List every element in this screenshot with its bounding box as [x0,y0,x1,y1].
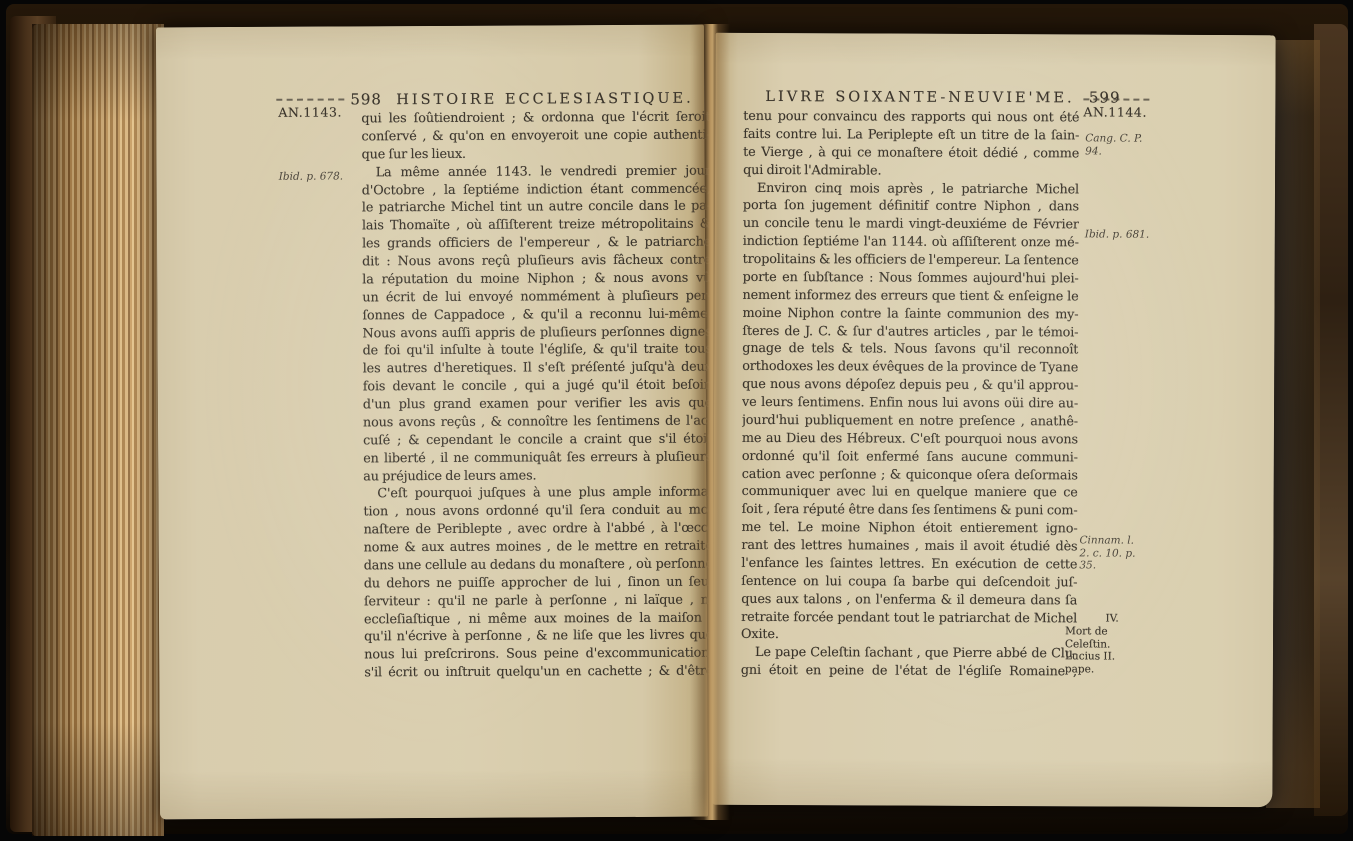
text-line: nous avons reçûs , & connoître les ſenti… [363,412,712,432]
right-body-text: tenu pour convaincu des rapports qui nou… [741,108,1079,681]
text-line: un concile tenu le mardi vingt-deuxiéme … [743,215,1079,234]
text-line: jourd'hui publiquement en notre preſence… [742,412,1078,431]
text-line: tion , nous avons ordonné qu'il ſera con… [363,502,712,522]
text-line: la réputation du moine Niphon ; & nous a… [362,269,711,289]
text-line: le patriarche Michel tint un autre conci… [362,198,711,218]
text-line: me tel. Le moine Niphon étoit entieremen… [741,519,1077,538]
text-line: en liberté , il ne communiquât ſes erreu… [363,448,712,468]
text-line: gnage de tels & tels. Nous ſavons qu'il … [742,340,1078,359]
text-line: nome & aux autres moines , de le mettre … [364,538,713,558]
text-line: eccleſiaſtique , ni même aux moines de l… [364,609,713,629]
text-line: moine Niphon contre la ſainte communion … [742,305,1078,324]
text-line: faits contre lui. La Periplepte eſt un t… [743,126,1079,145]
text-line: rant des lettres humaines , mais il avoi… [741,537,1077,556]
left-page-block-edges [32,24,164,836]
text-line: gni étoit en peine de l'état de l'égliſe… [741,662,1077,681]
text-line: au préjudice de leurs ames. [363,466,712,486]
left-page-number: 598 [350,90,382,108]
margin-year-note: AN.1144. [1083,106,1163,119]
text-line: dit : Nous avons reçû pluſieurs avis fâc… [362,252,711,272]
text-line: l'enfance les ſaintes lettres. En exécut… [741,555,1077,574]
text-line: cation avec perſonne ; & quiconque oſera… [742,465,1078,484]
text-line: ſteres de J. C. & ſur d'autres articles … [742,322,1078,341]
margin-section-number: IV. [1079,612,1145,625]
book-photograph: 598 HISTOIRE ECCLESIASTIQUE. AN.1143. Ib… [0,0,1353,841]
left-running-title: HISTOIRE ECCLESIASTIQUE. [396,91,694,109]
margin-reference-note: Ibid. p. 678. [279,170,351,183]
text-line: ſonnes de Cappadoce , & qu'il a reconnu … [362,305,711,325]
text-line: s'il écrit ou inſtruit quelqu'un en cach… [364,663,713,683]
text-line: d'Octobre , la ſeptiéme indiction étant … [362,180,711,200]
text-line: les grands officiers de l'empereur , & l… [362,234,711,254]
text-line: conſervé , & qu'on en envoyeroit une cop… [361,126,710,146]
text-line: naſtere de Periblepte , avec ordre à l'a… [364,520,713,540]
text-line: qui diroit l'Admirable. [743,162,1079,181]
text-line: ſerviteur : qu'il ne parle à perſonne , … [364,591,713,611]
left-page: 598 HISTOIRE ECCLESIASTIQUE. AN.1143. Ib… [156,25,708,820]
margin-reference-note: Ibid. p. 681. [1085,228,1161,241]
text-line: dans une cellule au dedans du monaſtere … [364,555,713,575]
text-line: ordonné qu'il ſoit enfermé ſans aucune c… [742,448,1078,467]
margin-rule [276,98,344,100]
text-line: que nous avons dépoſez depuis peu , & qu… [742,376,1078,395]
margin-reference-note: Cang. C. P. 94. [1085,132,1149,157]
margin-year-note: AN.1143. [278,106,350,119]
text-line: retraite forcée pendant tout le patriarc… [741,608,1077,627]
text-line: nement informez des erreurs que tient & … [743,287,1079,306]
text-line: La même année 1143. le vendredi premier … [362,162,711,182]
text-line: tenu pour convaincu des rapports qui nou… [743,108,1079,127]
text-line: orthodoxes les deux évêques de la provin… [742,358,1078,377]
text-line: C'eſt pourquoi juſques à une plus ample … [363,484,712,504]
text-line: ſoit , ſera réputé être dans ſes ſentime… [742,501,1078,520]
text-line: d'un plus grand examen pour verifier les… [363,395,712,415]
text-line: nous lui preſcrirons. Sous peine d'excom… [364,645,713,665]
text-line: Environ cinq mois après , le patriarche … [743,179,1079,198]
text-line: Oxite. [741,626,1077,645]
right-running-title: LIVRE SOIXANTE-NEUVIE'ME. [765,89,1074,106]
text-line: Le pape Celeſtin ſachant , que Pierre ab… [741,644,1077,663]
left-body-text: qui les ſoûtiendroient ; & ordonna que l… [361,109,713,683]
right-page: LIVRE SOIXANTE-NEUVIE'ME. 599 AN.1144. C… [712,33,1275,807]
text-line: lais Thomaïte , où aſſiſterent treize mé… [362,216,711,236]
text-line: communiquer avec lui en quelque maniere … [742,483,1078,502]
text-line: cuſé ; & cependant le concile a craint q… [363,430,712,450]
text-line: fois devant le concile , qui a jugé qu'i… [363,377,712,397]
text-line: tropolitains & les officiers de l'empere… [743,251,1079,270]
text-line: ſentence on lui coupa ſa barbe qui deſce… [741,573,1077,592]
text-line: que ſur les lieux. [362,144,711,164]
text-line: te Vierge , à qui ce monaſtere étoit déd… [743,144,1079,163]
text-line: ve leurs ſentimens. Enfin nous lui avons… [742,394,1078,413]
text-line: du dehors ne puiſſe approcher de lui , ſ… [364,573,713,593]
text-line: ques aux talons , on l'enferma & il deme… [741,591,1077,610]
text-line: de foi qu'il inſulte à toute l'égliſe, &… [363,341,712,361]
right-running-header: LIVRE SOIXANTE-NEUVIE'ME. 599 [765,87,1120,107]
text-line: un écrit de lui envoyé nommément à pluſi… [362,287,711,307]
margin-reference-note: Cinnam. l. 2. c. 10. p. 35. [1079,534,1145,572]
text-line: me au Dieu des Hébreux. C'eſt pourquoi n… [742,430,1078,449]
text-line: qu'il n'écrive à perſonne , & ne liſe qu… [364,627,713,647]
margin-rule [1083,98,1149,100]
left-running-header: 598 HISTOIRE ECCLESIASTIQUE. [350,89,694,109]
text-line: qui les ſoûtiendroient ; & ordonna que l… [361,109,710,129]
text-line: porte en ſubſtance : Nous ſommes aujourd… [743,269,1079,288]
text-line: Nous avons auſſi appris de pluſieurs per… [362,323,711,343]
text-line: indiction ſeptiéme l'an 1144. où aſſiſte… [743,233,1079,252]
text-line: porta ſon jugement définitif contre Niph… [743,197,1079,216]
text-line: les autres d'heretiques. Il s'eſt préſen… [363,359,712,379]
